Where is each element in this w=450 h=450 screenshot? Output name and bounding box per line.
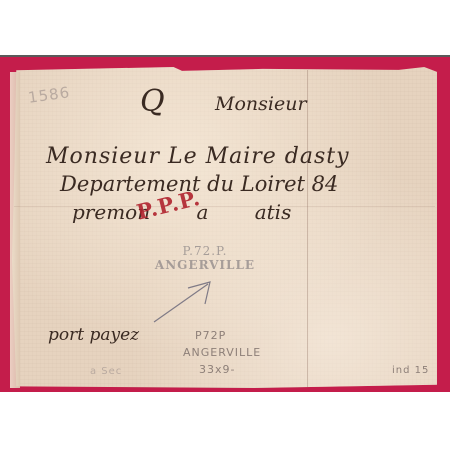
grey-postmark-line-2: ANGERVILLE xyxy=(140,258,270,272)
address-line-0: Monsieur xyxy=(215,93,307,115)
address-line-1: Monsieur Le Maire dasty xyxy=(46,144,350,169)
address-line-2: Departement du Loiret 84 xyxy=(60,172,338,196)
pencil-note-a-sec: a Sec xyxy=(90,366,122,377)
salutation-mark: Q xyxy=(140,84,165,119)
handwritten-port-payez: port payez xyxy=(48,325,139,345)
grey-postmark: P.72.P. ANGERVILLE xyxy=(140,244,270,272)
photo-stage: 1586 Q Monsieur Monsieur Le Maire dasty … xyxy=(0,0,450,450)
pencil-arrow-icon xyxy=(150,278,220,324)
vertical-fold-line xyxy=(307,70,308,387)
pencil-note-dimensions: 33x9- xyxy=(199,363,235,376)
pencil-note-inventory: ind 15 xyxy=(392,365,429,376)
frayed-left-edge xyxy=(10,72,20,388)
pencil-note-p72p: P72P xyxy=(195,329,226,342)
grey-postmark-line-1: P.72.P. xyxy=(140,244,270,258)
pencil-note-angerville: ANGERVILLE xyxy=(183,346,261,359)
